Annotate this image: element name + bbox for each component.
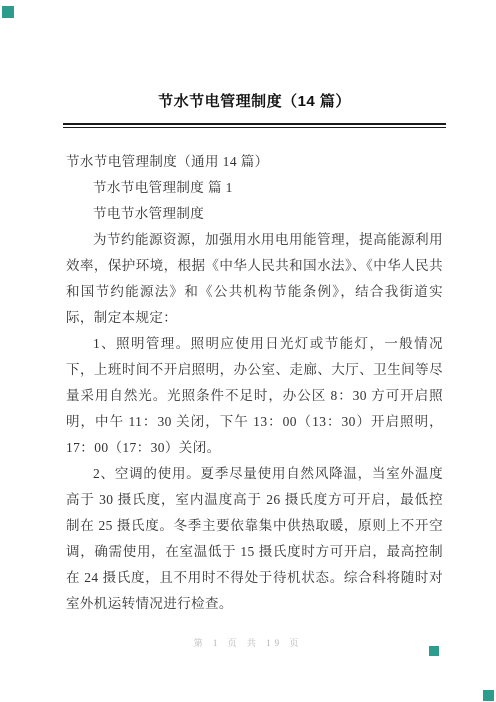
paragraph: 节电节水管理制度 bbox=[66, 201, 443, 227]
selection-handle-top-left[interactable] bbox=[2, 6, 14, 18]
paragraph: 节水节电管理制度 篇 1 bbox=[66, 175, 443, 201]
paragraph: 为节约能源资源，加强用水用电用能管理，提高能源利用效率，保护环境，根据《中华人民… bbox=[66, 227, 443, 331]
page-number-label: 第 1 页 共 19 页 bbox=[194, 638, 303, 648]
document-page: 节水节电管理制度（14 篇） 节水节电管理制度（通用 14 篇）节水节电管理制度… bbox=[0, 0, 496, 702]
document-content: 节水节电管理制度（14 篇） 节水节电管理制度（通用 14 篇）节水节电管理制度… bbox=[66, 90, 443, 617]
document-title: 节水节电管理制度（14 篇） bbox=[66, 90, 443, 114]
page-footer: 第 1 页 共 19 页 bbox=[0, 637, 496, 650]
paragraph: 2、空调的使用。夏季尽量使用自然风降温，当室外温度高于 30 摄氏度，室内温度高… bbox=[66, 461, 443, 617]
document-body: 节水节电管理制度（通用 14 篇）节水节电管理制度 篇 1节电节水管理制度为节约… bbox=[66, 149, 443, 617]
selection-handle-right[interactable] bbox=[429, 646, 439, 656]
paragraph: 节水节电管理制度（通用 14 篇） bbox=[66, 149, 443, 175]
paragraph: 1、照明管理。照明应使用日光灯或节能灯，一般情况下，上班时间不开启照明，办公室、… bbox=[66, 331, 443, 461]
title-divider bbox=[63, 123, 446, 128]
selection-handle-bottom-right[interactable] bbox=[483, 690, 494, 701]
